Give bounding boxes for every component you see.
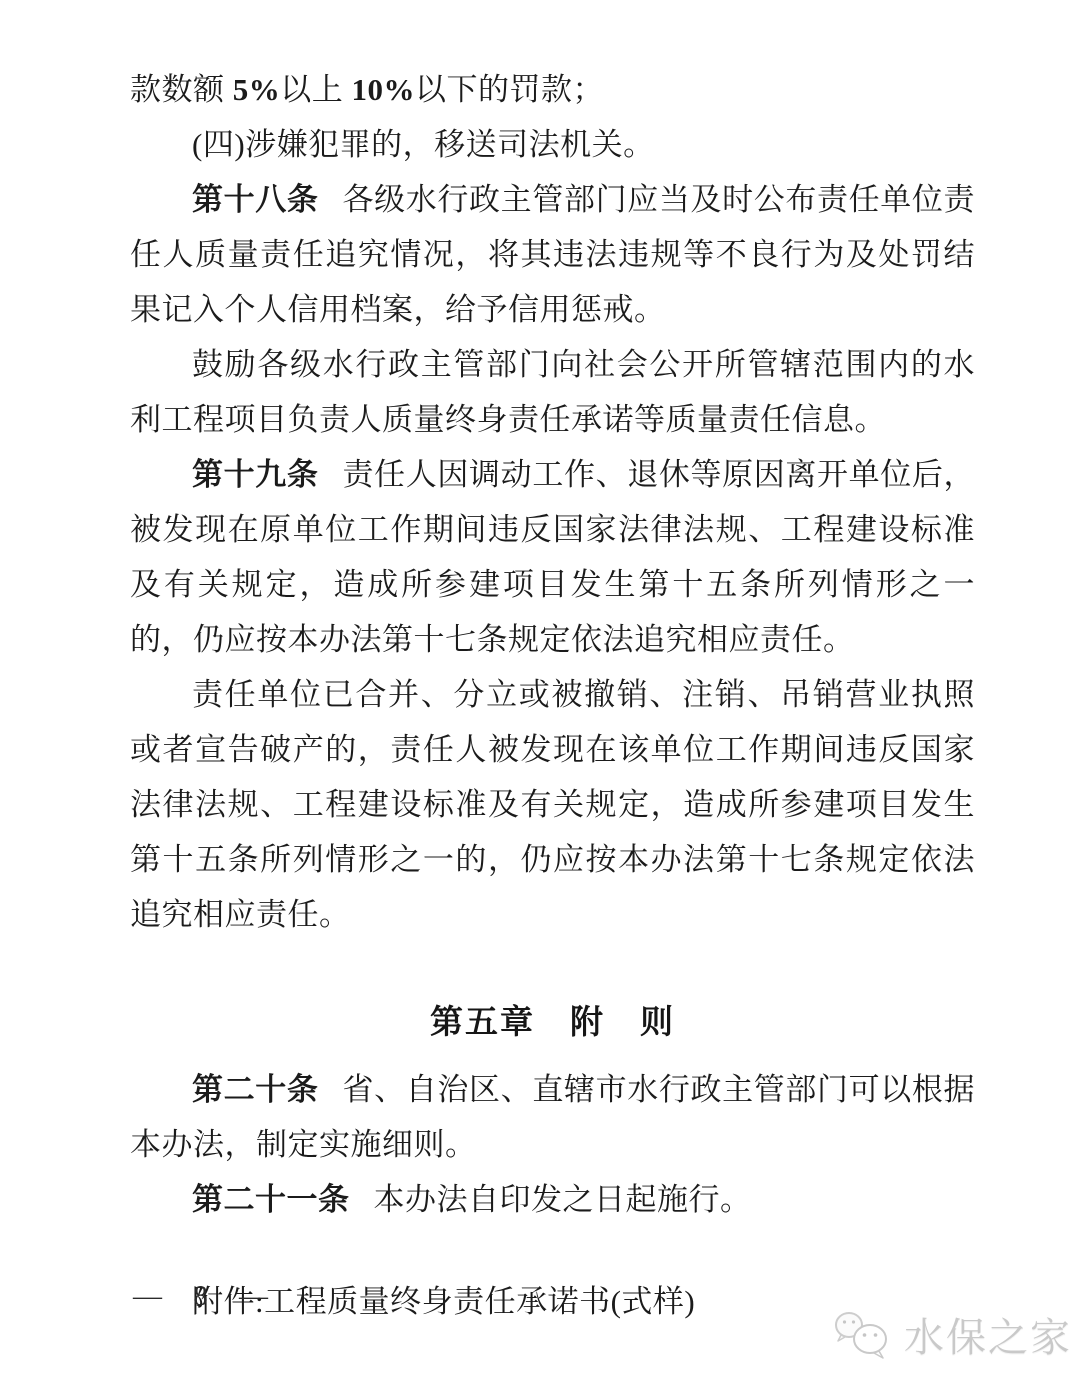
paragraph-encouragement: 鼓励各级水行政主管部门向社会公开所管辖范围内的水利工程项目负责人质量终身责任承诺… <box>130 337 975 447</box>
paragraph-article-20: 第二十条省、自治区、直辖市水行政主管部门可以根据本办法，制定实施细则。 <box>130 1062 975 1172</box>
paragraph-text: 责任单位已合并、分立或被撤销、注销、吊销营业执照或者宣告破产的，责任人被发现在该… <box>130 677 975 932</box>
article-number: 第二十条 <box>192 1072 319 1107</box>
article-number: 第二十一条 <box>192 1182 350 1217</box>
paragraph-item-4: (四)涉嫌犯罪的，移送司法机关。 <box>130 117 975 172</box>
paragraph-article-18: 第十八条各级水行政主管部门应当及时公布责任单位责任人质量责任追究情况，将其违法违… <box>130 172 975 337</box>
bold-number: 5% <box>233 72 281 107</box>
text-run: 款数额 <box>130 72 233 107</box>
paragraph-text: 本办法自印发之日起施行。 <box>374 1182 752 1217</box>
paragraph-text: (四)涉嫌犯罪的，移送司法机关。 <box>192 127 655 162</box>
watermark: 水保之家 <box>832 1308 1072 1367</box>
text-run: 以上 <box>280 72 351 107</box>
paragraph-article-21: 第二十一条本办法自印发之日起施行。 <box>130 1172 975 1227</box>
article-number: 第十八条 <box>192 182 319 217</box>
watermark-text: 水保之家 <box>904 1310 1072 1366</box>
text-run: 以下的罚款； <box>415 72 604 107</box>
paragraph-text: 鼓励各级水行政主管部门向社会公开所管辖范围内的水利工程项目负责人质量终身责任承诺… <box>130 347 975 437</box>
paragraph-article-19: 第十九条责任人因调动工作、退休等原因离开单位后，被发现在原单位工作期间违反国家法… <box>130 447 975 667</box>
document-body: 款数额 5%以上 10%以下的罚款； (四)涉嫌犯罪的，移送司法机关。 第十八条… <box>130 62 975 1329</box>
bold-number: 10% <box>352 72 416 107</box>
article-number: 第十九条 <box>192 457 319 492</box>
wechat-chat-bubbles-icon <box>832 1308 896 1367</box>
page-number: — 8 — <box>133 1276 272 1316</box>
continuation-paragraph: 款数额 5%以上 10%以下的罚款； <box>130 62 975 117</box>
chapter-heading: 第五章 附 则 <box>130 994 975 1049</box>
paragraph-dissolved-unit: 责任单位已合并、分立或被撤销、注销、吊销营业执照或者宣告破产的，责任人被发现在该… <box>130 667 975 942</box>
